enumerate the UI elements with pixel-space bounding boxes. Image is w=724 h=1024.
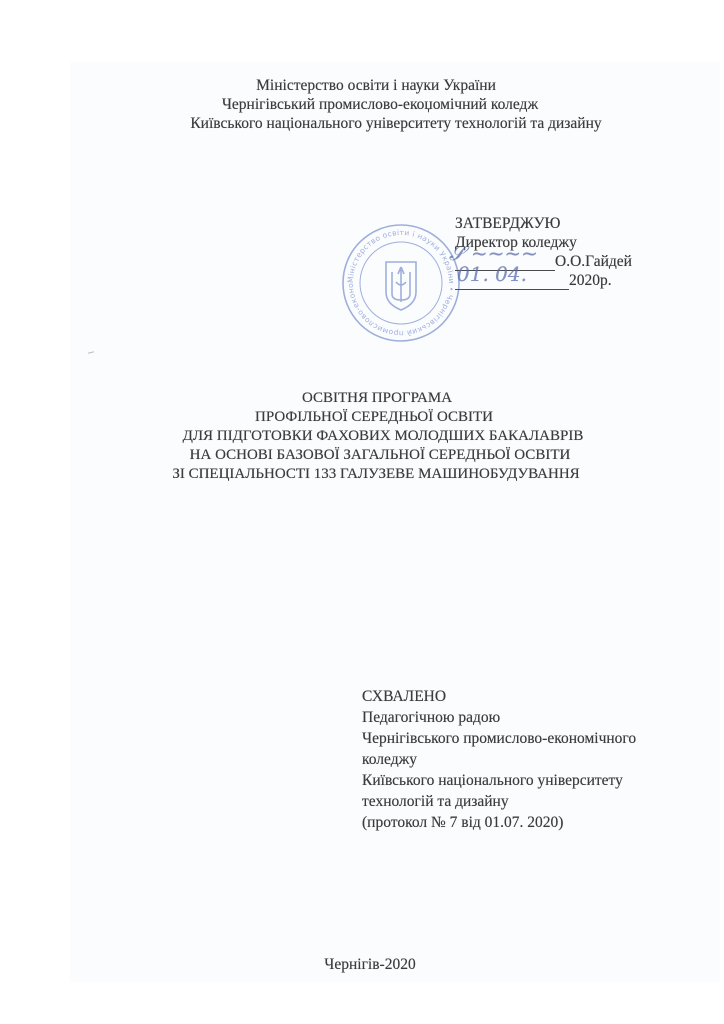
- endorsement-line: Педагогічною радою: [362, 707, 636, 728]
- approval-block: ЗАТВЕРДЖУЮ Директор коледжу О.О.Гайдей 𝒮…: [455, 214, 632, 290]
- endorsement-line: технологій та дизайну: [362, 791, 636, 812]
- handwritten-date: 01. 04.: [457, 265, 527, 284]
- title-line: ЗІ СПЕЦІАЛЬНОСТІ 133 ГАЛУЗЕВЕ МАШИНОБУДУ…: [0, 465, 724, 484]
- protocol-reference: (протокол № 7 від 01.07. 2020): [362, 812, 636, 833]
- handwritten-signature: 𝒮 ~~~~: [449, 244, 538, 263]
- institution-header: Міністерство освіти і науки України Черн…: [0, 76, 724, 133]
- date-line: 2020р. 01. 04.: [455, 271, 632, 290]
- endorsement-line: коледжу: [362, 749, 636, 770]
- title-line: ДЛЯ ПІДГОТОВКИ ФАХОВИХ МОЛОДШИХ БАКАЛАВР…: [0, 427, 724, 446]
- date-underline: [455, 289, 569, 290]
- official-stamp: Міністерство освіти і науки України • Че…: [340, 222, 462, 344]
- endorsement-line: Київського національного університету: [362, 770, 636, 791]
- ministry-line: Міністерство освіти і науки України: [0, 76, 724, 95]
- endorsement-heading: СХВАЛЕНО: [362, 686, 636, 707]
- college-line: Чернігівський промислово-екоџомічний кол…: [0, 95, 724, 114]
- title-line: ОСВІТНЯ ПРОГРАМА: [0, 389, 724, 408]
- approval-year: 2020р.: [569, 272, 612, 289]
- endorsement-line: Чернігівського промислово-економічного: [362, 728, 636, 749]
- place-year: Чернігів-2020: [0, 955, 724, 974]
- coat-of-arms-trident-icon: [386, 262, 416, 310]
- endorsement-block: СХВАЛЕНО Педагогічною радою Чернігівсько…: [362, 686, 636, 833]
- scanned-page: [70, 62, 720, 982]
- title-line: ПРОФІЛЬНОЇ СЕРЕДНЬОЇ ОСВІТИ: [0, 408, 724, 427]
- approval-heading: ЗАТВЕРДЖУЮ: [455, 214, 632, 233]
- university-line: Київського національного університету те…: [0, 114, 724, 133]
- program-title: ОСВІТНЯ ПРОГРАМА ПРОФІЛЬНОЇ СЕРЕДНЬОЇ ОС…: [0, 389, 724, 484]
- title-line: НА ОСНОВІ БАЗОВОЇ ЗАГАЛЬНОЇ СЕРЕДНЬОЇ ОС…: [0, 446, 724, 465]
- signatory-name: О.О.Гайдей: [555, 253, 632, 270]
